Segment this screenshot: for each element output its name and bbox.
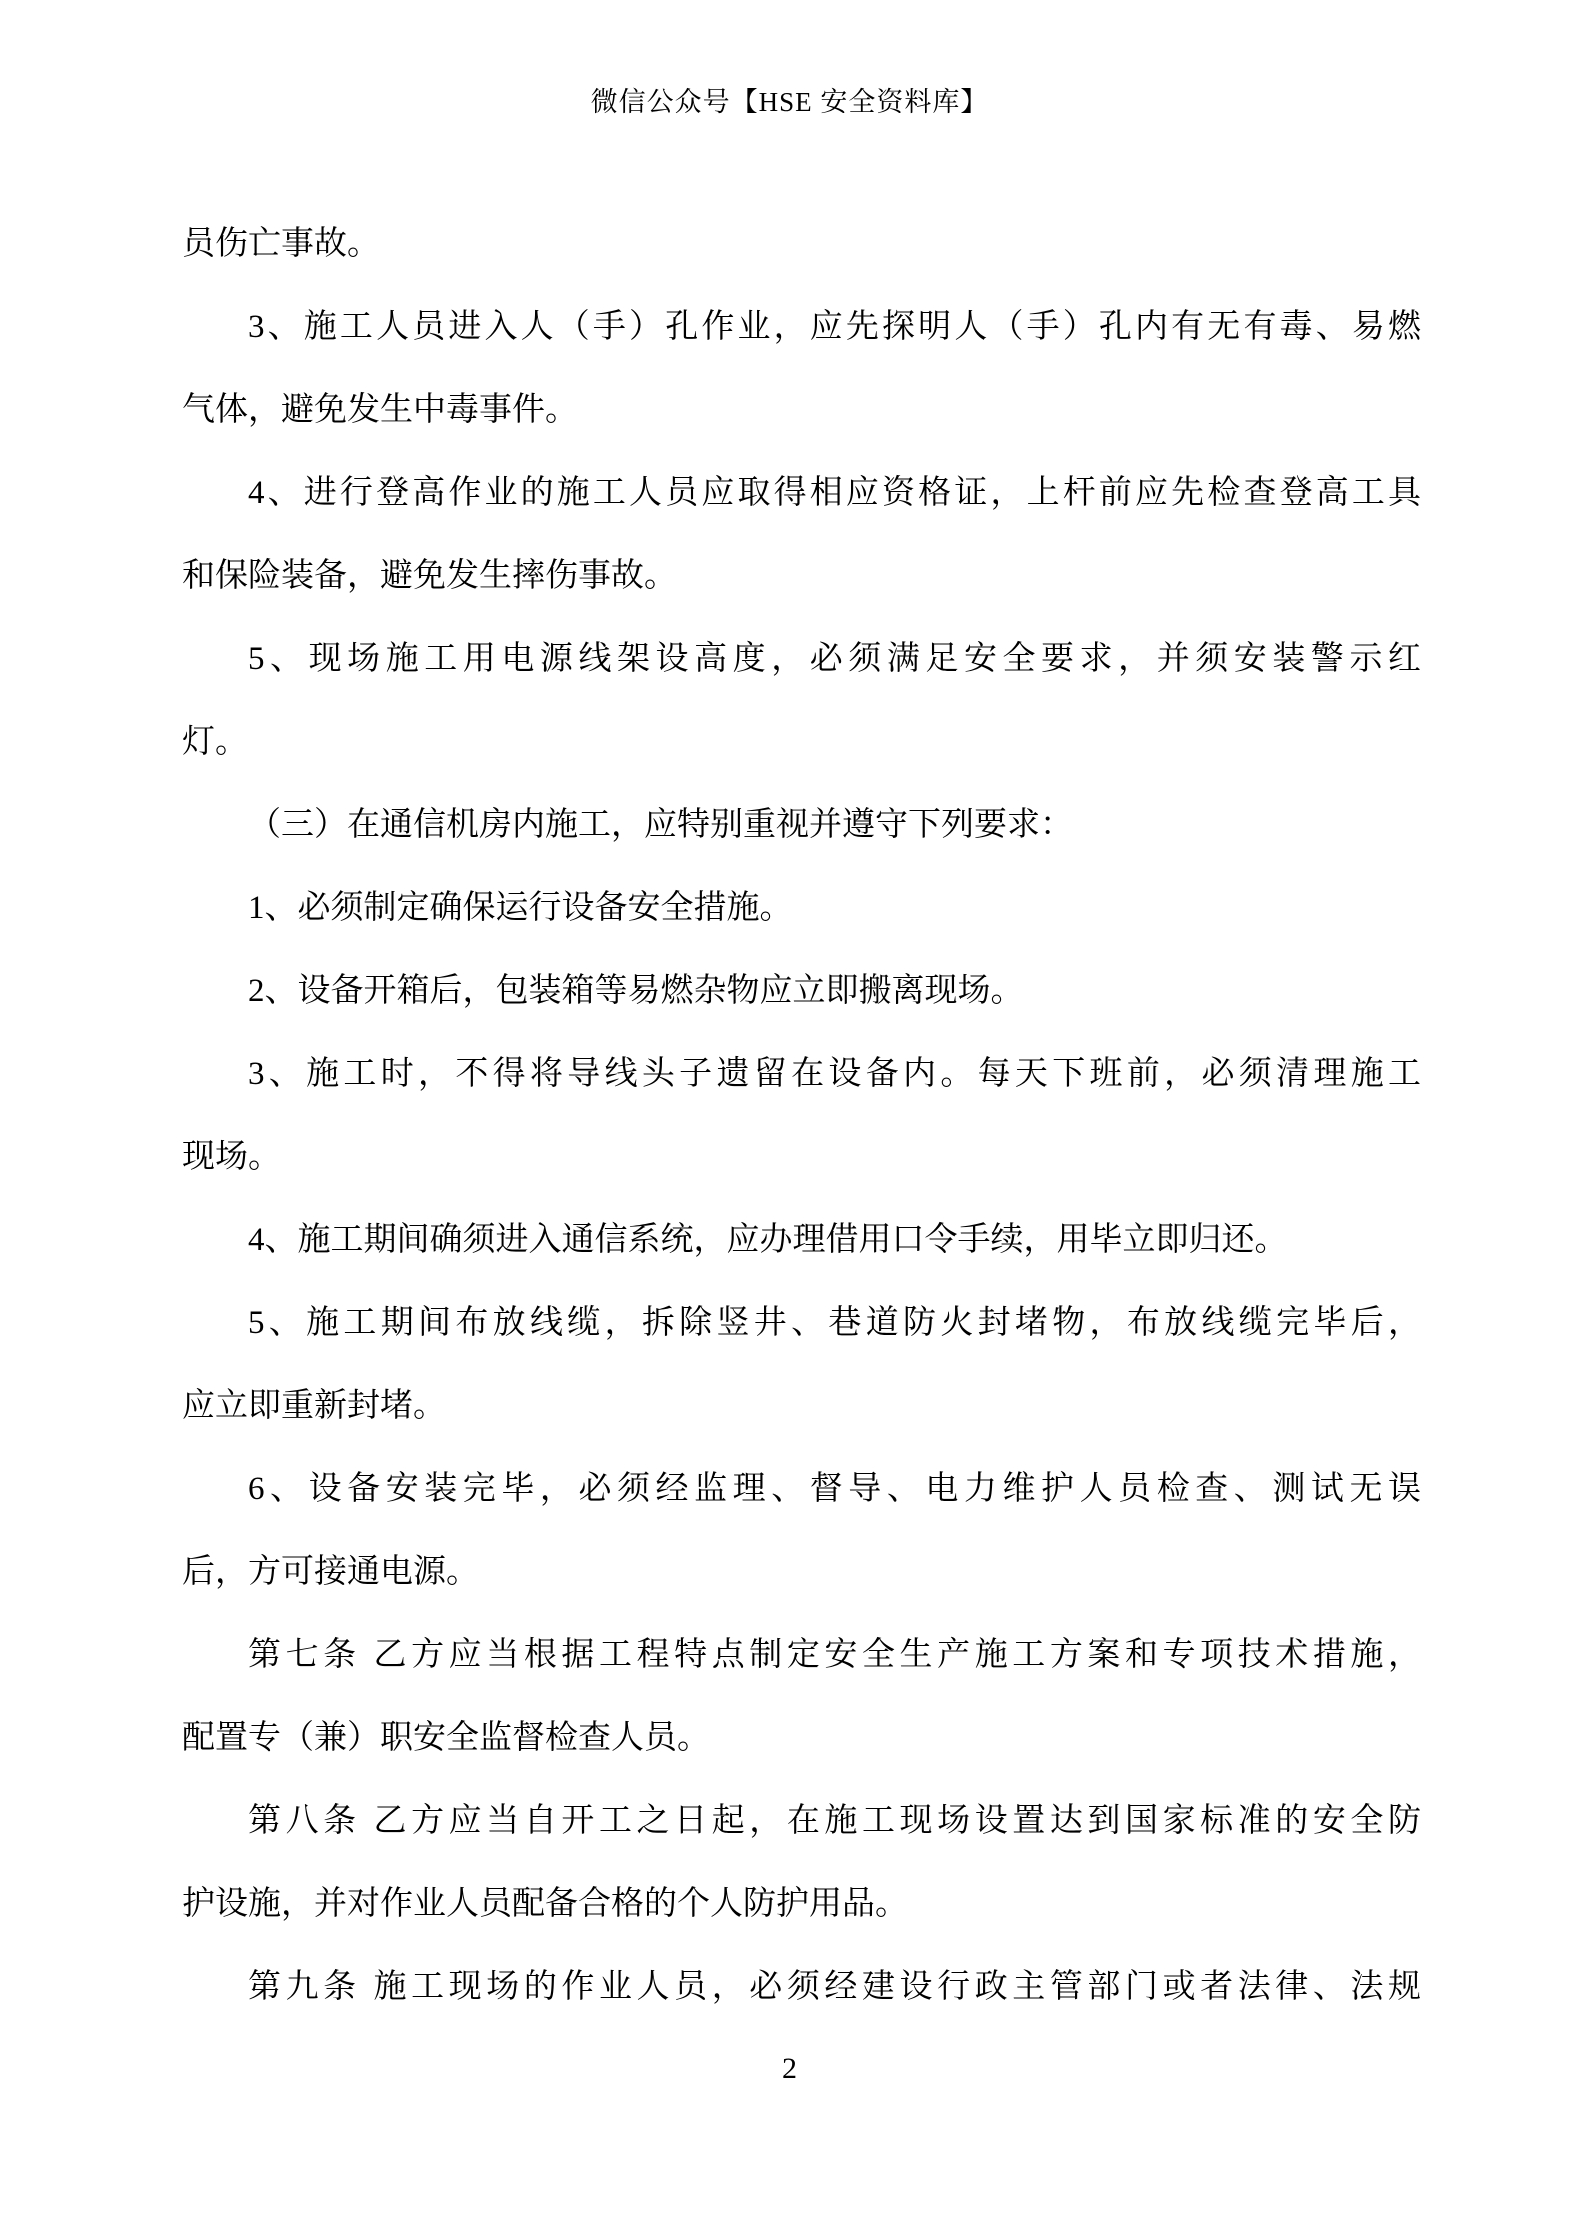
text-line: 5、现场施工用电源线架设高度，必须满足安全要求，并须安装警示红: [182, 618, 1421, 701]
text-line: 配置专（兼）职安全监督检查人员。: [182, 1697, 1421, 1780]
text-line: 员伤亡事故。: [182, 203, 1421, 286]
text-line: 4、进行登高作业的施工人员应取得相应资格证，上杆前应先检查登高工具: [182, 452, 1421, 535]
text-line: 现场。: [182, 1116, 1421, 1199]
text-line: 第七条 乙方应当根据工程特点制定安全生产施工方案和专项技术措施，: [182, 1614, 1421, 1697]
text-line: 灯。: [182, 701, 1421, 784]
document-body: 员伤亡事故。 3、施工人员进入人（手）孔作业，应先探明人（手）孔内有无有毒、易燃…: [182, 203, 1421, 2029]
page-number: 2: [0, 2052, 1579, 2086]
text-line: 4、施工期间确须进入通信系统，应办理借用口令手续，用毕立即归还。: [182, 1199, 1421, 1282]
text-line: 3、施工人员进入人（手）孔作业，应先探明人（手）孔内有无有毒、易燃: [182, 286, 1421, 369]
text-line: （三）在通信机房内施工，应特别重视并遵守下列要求：: [182, 784, 1421, 867]
text-line: 护设施，并对作业人员配备合格的个人防护用品。: [182, 1863, 1421, 1946]
text-line: 6、设备安装完毕，必须经监理、督导、电力维护人员检查、测试无误: [182, 1448, 1421, 1531]
text-line: 2、设备开箱后，包装箱等易燃杂物应立即搬离现场。: [182, 950, 1421, 1033]
header-note: 微信公众号【HSE 安全资料库】: [0, 80, 1579, 119]
text-line: 第九条 施工现场的作业人员，必须经建设行政主管部门或者法律、法规: [182, 1946, 1421, 2029]
text-line: 3、施工时，不得将导线头子遗留在设备内。每天下班前，必须清理施工: [182, 1033, 1421, 1116]
text-line: 5、施工期间布放线缆，拆除竖井、巷道防火封堵物，布放线缆完毕后，: [182, 1282, 1421, 1365]
text-line: 应立即重新封堵。: [182, 1365, 1421, 1448]
text-line: 1、必须制定确保运行设备安全措施。: [182, 867, 1421, 950]
document-page: 微信公众号【HSE 安全资料库】 员伤亡事故。 3、施工人员进入人（手）孔作业，…: [0, 0, 1579, 2237]
text-line: 第八条 乙方应当自开工之日起，在施工现场设置达到国家标准的安全防: [182, 1780, 1421, 1863]
text-line: 和保险装备，避免发生摔伤事故。: [182, 535, 1421, 618]
text-line: 后，方可接通电源。: [182, 1531, 1421, 1614]
text-line: 气体，避免发生中毒事件。: [182, 369, 1421, 452]
